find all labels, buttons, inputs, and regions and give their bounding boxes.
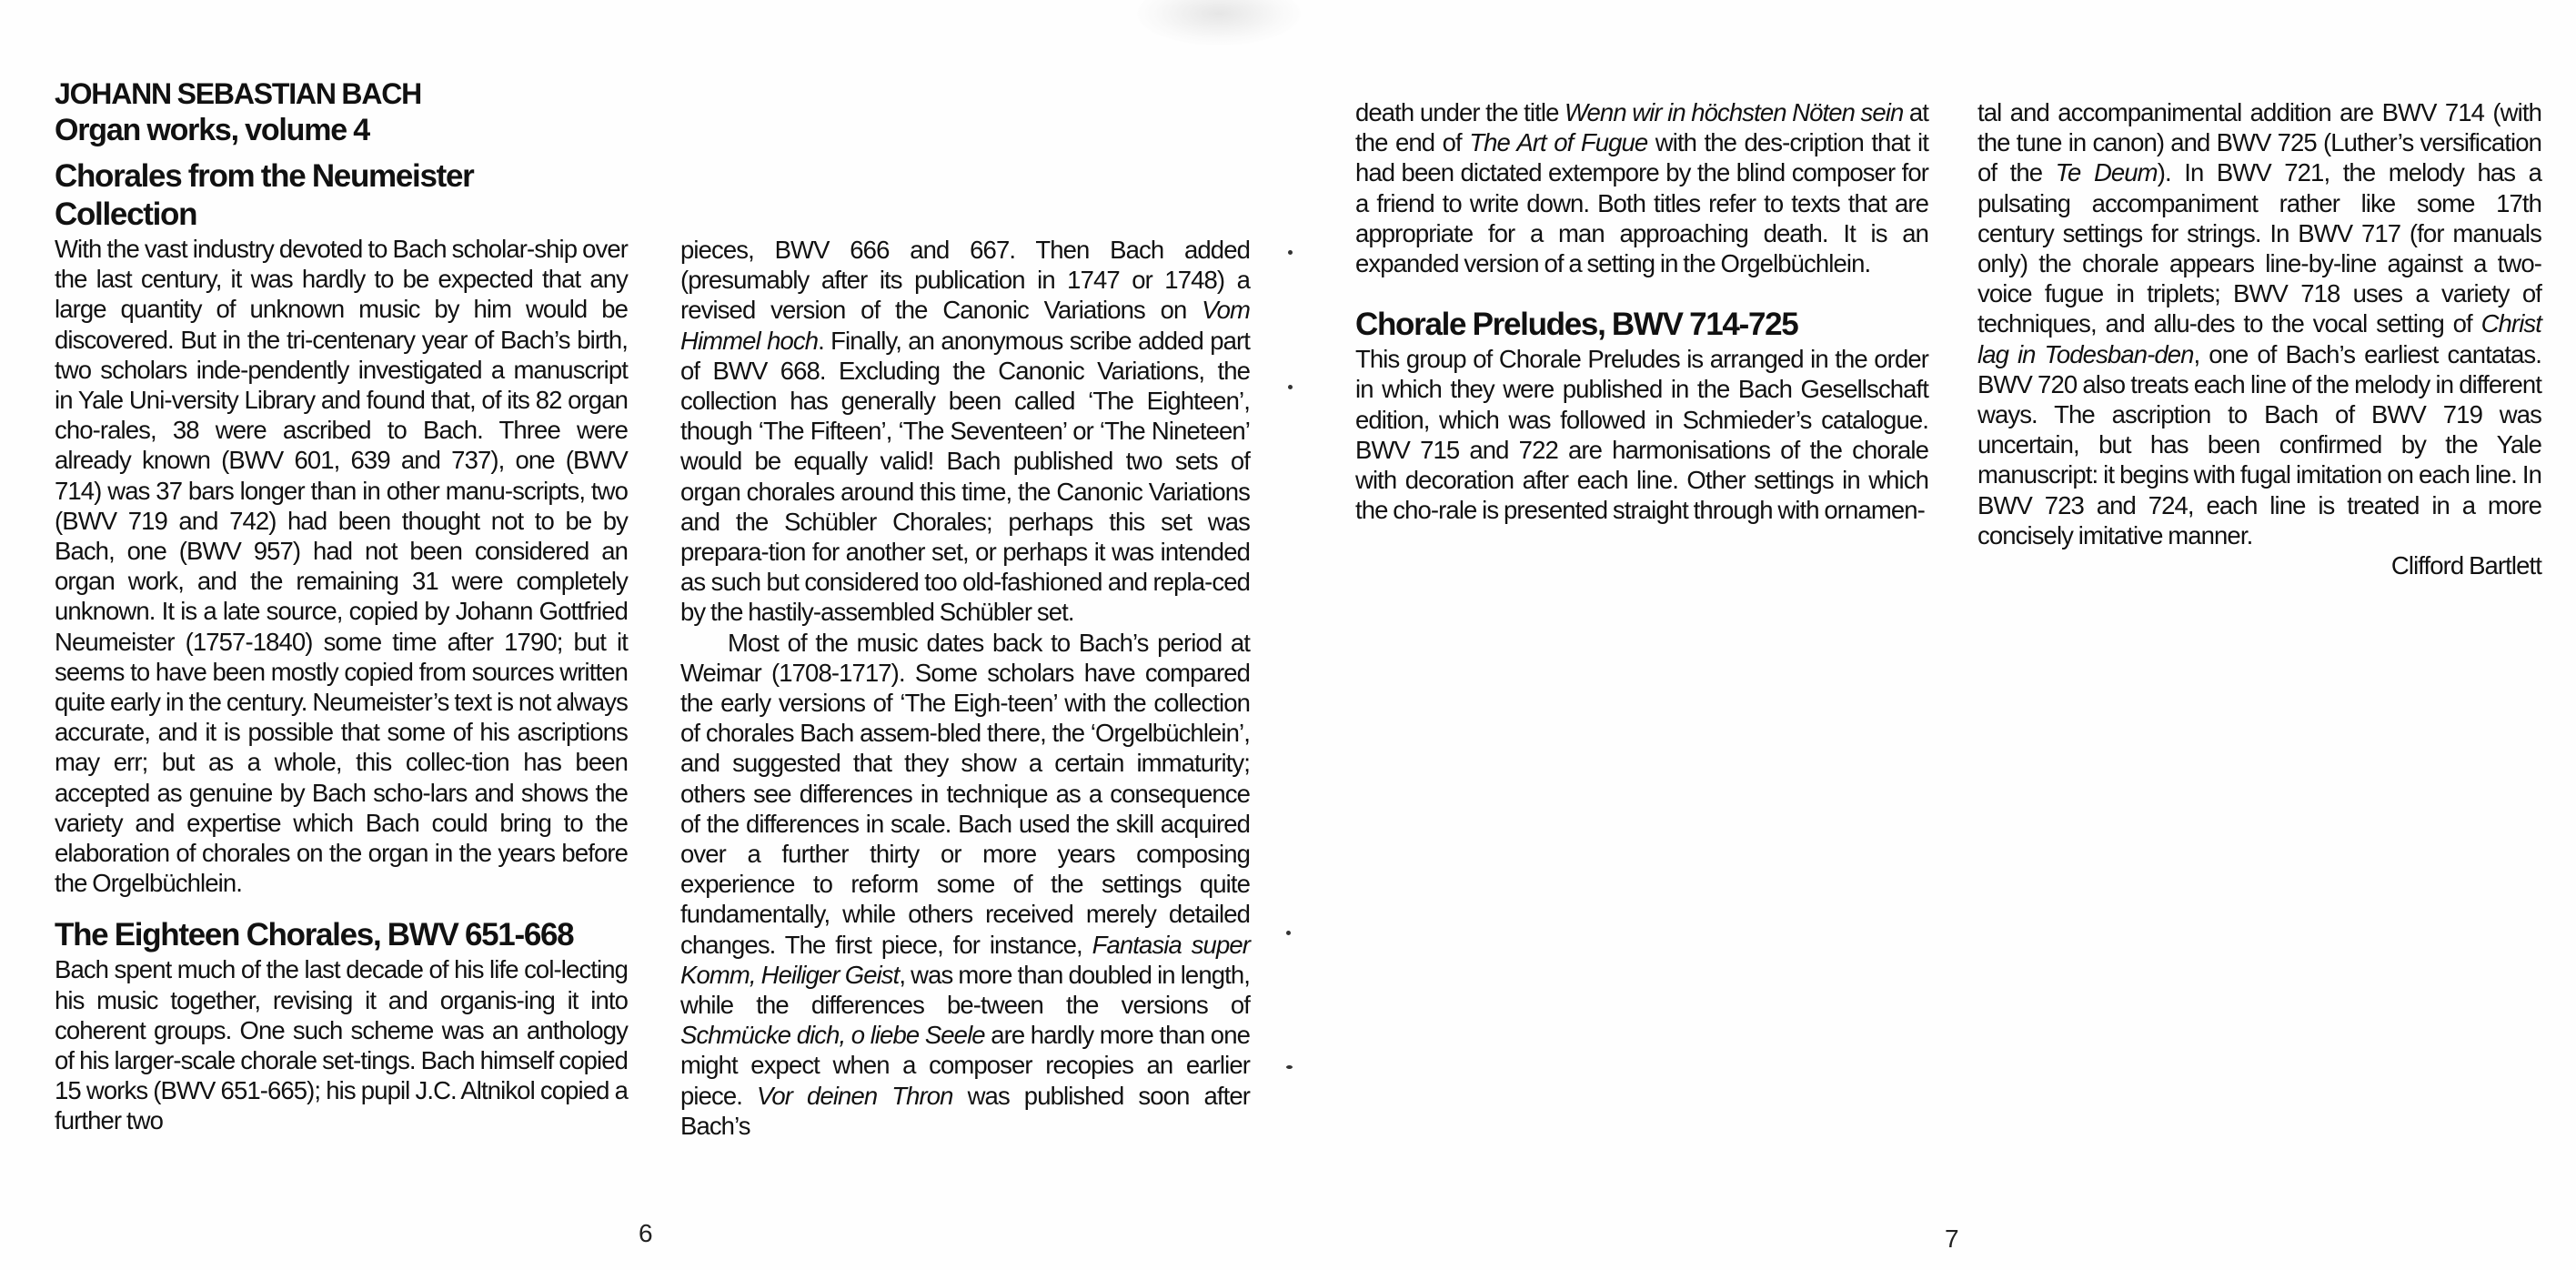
- scan-speck: [1288, 250, 1293, 255]
- text-run: pieces, BWV 666 and 667. Then Bach added…: [680, 236, 1250, 324]
- section-heading-eighteen-chorales: The Eighteen Chorales, BWV 651-668: [55, 916, 628, 954]
- page-number-left: 6: [639, 1219, 653, 1248]
- scan-smudge: [1137, 0, 1301, 45]
- text-run: Most of the music dates back to Bach’s p…: [680, 629, 1250, 959]
- page-number-right: 7: [1945, 1225, 1959, 1254]
- scan-speck: [1286, 931, 1291, 935]
- section-heading-line-1: Chorales from the Neumeister: [55, 158, 473, 194]
- text-run: , one of Bach’s earliest cantatas. BWV 7…: [1977, 340, 2541, 549]
- paragraph-chorale-preludes-cont: tal and accompanimental addition are BWV…: [1977, 97, 2541, 550]
- text-run: . Finally, an anonymous scribe added par…: [680, 327, 1250, 627]
- italic-title: Schmücke dich, o liebe Seele: [680, 1021, 985, 1049]
- italic-title: Vor deinen Thron: [757, 1082, 953, 1110]
- scan-speck: [1286, 1065, 1293, 1069]
- paragraph-eighteen-1-start: Bach spent much of the last decade of hi…: [55, 954, 628, 1135]
- page-6-column-1: JOHANN SEBASTIAN BACH Organ works, volum…: [55, 76, 628, 1136]
- volume-title: Organ works, volume 4: [55, 112, 628, 148]
- page-7-column-2: tal and accompanimental addition are BWV…: [1977, 97, 2541, 580]
- paragraph-eighteen-2-cont: death under the title Wenn wir in höchst…: [1355, 97, 1928, 278]
- section-heading-chorale-preludes: Chorale Preludes, BWV 714-725: [1355, 306, 1928, 344]
- author-signature: Clifford Bartlett: [1977, 550, 2541, 580]
- italic-title: Wenn wir in höchsten Nöten sein: [1565, 98, 1903, 126]
- section-heading-neumeister: Chorales from the Neumeister Collection: [55, 157, 628, 234]
- page-7-column-1: death under the title Wenn wir in höchst…: [1355, 97, 1928, 525]
- italic-title: Te Deum: [2056, 158, 2158, 186]
- scan-speck: [1288, 385, 1293, 389]
- paragraph-chorale-preludes-start: This group of Chorale Preludes is arrang…: [1355, 344, 1928, 525]
- paragraph-eighteen-2: Most of the music dates back to Bach’s p…: [680, 628, 1250, 1141]
- paragraph-neumeister: With the vast industry devoted to Bach s…: [55, 234, 628, 898]
- composer-title: JOHANN SEBASTIAN BACH: [55, 76, 628, 112]
- page-6-column-2: pieces, BWV 666 and 667. Then Bach added…: [680, 235, 1250, 1141]
- italic-title: The Art of Fugue: [1469, 128, 1647, 156]
- section-heading-line-2: Collection: [55, 197, 196, 232]
- text-run: death under the title: [1355, 98, 1565, 126]
- paragraph-eighteen-1-cont: pieces, BWV 666 and 667. Then Bach added…: [680, 235, 1250, 628]
